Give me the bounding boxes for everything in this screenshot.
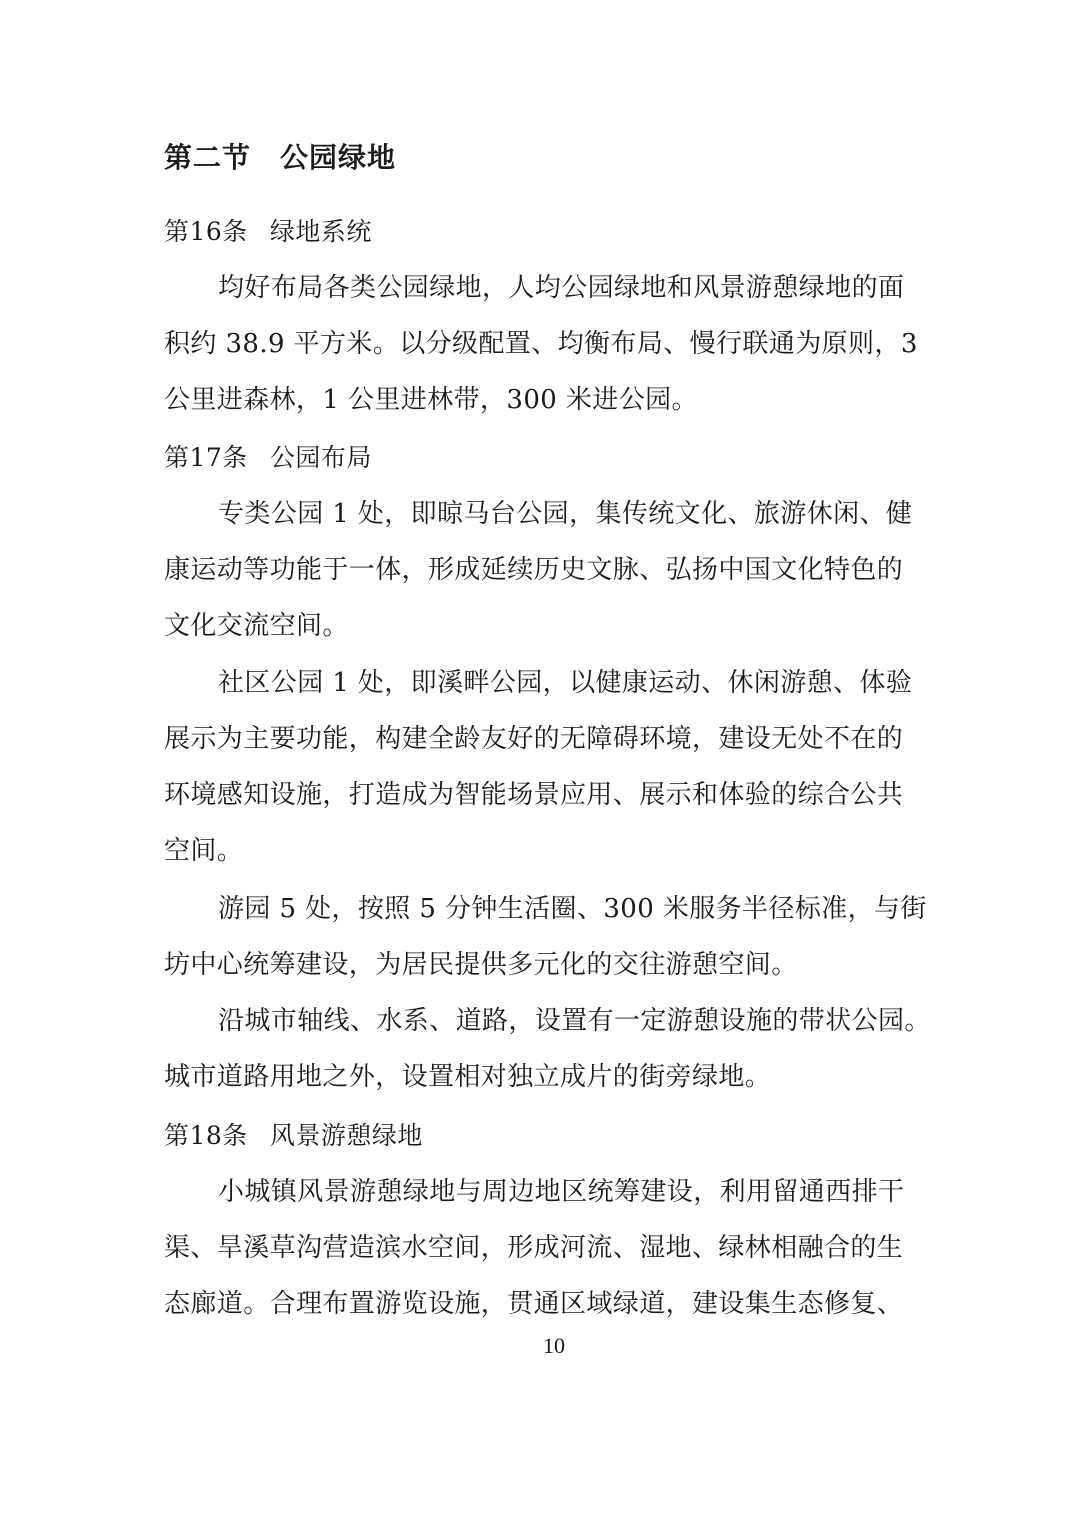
paragraph-line: 态廊道。合理布置游览设施，贯通区域绿道，建设集生态修复、 (164, 1287, 924, 1321)
paragraph-line: 均好布局各类公园绿地，人均公园绿地和风景游憩绿地的面 (218, 271, 924, 305)
paragraph-line: 空间。 (164, 834, 924, 868)
paragraph-line: 小城镇风景游憩绿地与周边地区统筹建设，利用留通西排干 (218, 1175, 924, 1209)
article-title: 风景游憩绿地 (270, 1121, 423, 1150)
article-17-heading: 第17条公园布局 (164, 441, 372, 475)
paragraph-line: 游园 5 处，按照 5 分钟生活圈、300 米服务半径标准，与街 (218, 892, 924, 926)
paragraph-line: 社区公园 1 处，即溪畔公园，以健康运动、休闲游憩、体验 (218, 666, 924, 700)
document-page: 第二节 公园绿地 第16条绿地系统 均好布局各类公园绿地，人均公园绿地和风景游憩… (0, 0, 1080, 1527)
paragraph-line: 展示为主要功能，构建全龄友好的无障碍环境，建设无处不在的 (164, 722, 924, 756)
paragraph-line: 专类公园 1 处，即晾马台公园，集传统文化、旅游休闲、健 (218, 497, 924, 531)
paragraph-line: 文化交流空间。 (164, 609, 924, 643)
paragraph-line: 积约 38.9 平方米。以分级配置、均衡布局、慢行联通为原则，3 (164, 327, 924, 361)
article-number: 第17条 (164, 443, 248, 472)
paragraph-line: 城市道路用地之外，设置相对独立成片的街旁绿地。 (164, 1060, 924, 1094)
paragraph-line: 渠、旱溪草沟营造滨水空间，形成河流、湿地、绿林相融合的生 (164, 1231, 924, 1265)
paragraph-line: 环境感知设施，打造成为智能场景应用、展示和体验的综合公共 (164, 778, 924, 812)
article-16-heading: 第16条绿地系统 (164, 215, 372, 249)
paragraph-line: 公里进森林，1 公里进林带，300 米进公园。 (164, 383, 924, 417)
article-title: 公园布局 (270, 443, 372, 472)
article-number: 第18条 (164, 1121, 248, 1150)
article-title: 绿地系统 (270, 217, 372, 246)
paragraph-line: 沿城市轴线、水系、道路，设置有一定游憩设施的带状公园。 (218, 1004, 924, 1038)
article-18-heading: 第18条风景游憩绿地 (164, 1119, 423, 1153)
paragraph-line: 康运动等功能于一体，形成延续历史文脉、弘扬中国文化特色的 (164, 553, 924, 587)
page-number: 10 (0, 1332, 1080, 1360)
article-number: 第16条 (164, 217, 248, 246)
paragraph-line: 坊中心统筹建设，为居民提供多元化的交往游憩空间。 (164, 948, 924, 982)
section-title: 第二节 公园绿地 (164, 140, 396, 176)
